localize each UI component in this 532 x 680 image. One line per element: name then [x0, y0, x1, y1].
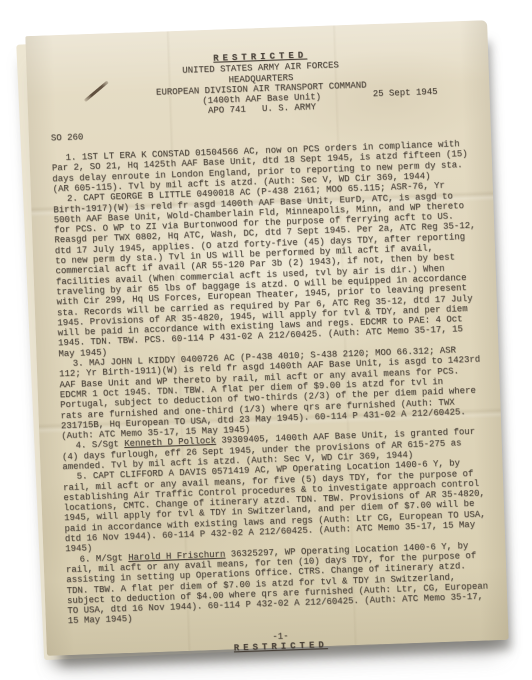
- order-paragraph: 5. CAPT CLIFFORD A DAVIS 0571419 AC, WP …: [63, 458, 490, 555]
- order-paragraph: 2. CAPT GEORGE B LITTLE 0490018 AC (P-43…: [53, 180, 482, 359]
- letterhead: RESTRICTED UNITED STATES ARMY AIR FORCES…: [48, 45, 474, 123]
- order-number: SO 260: [51, 118, 475, 143]
- order-paragraph: 6. M/Sgt Harold H Frischurn 36325297, WP…: [65, 540, 491, 627]
- document-photo: RESTRICTED UNITED STATES ARMY AIR FORCES…: [0, 0, 532, 680]
- order-paragraph: 3. MAJ JOHN L KIDDY 0400726 AC (P-438 40…: [59, 345, 486, 442]
- document-page: RESTRICTED UNITED STATES ARMY AIR FORCES…: [25, 20, 508, 656]
- page-footer: -1- RESTRICTED: [68, 624, 492, 659]
- typed-content: RESTRICTED UNITED STATES ARMY AIR FORCES…: [48, 45, 492, 645]
- classification-banner-bottom: RESTRICTED: [234, 640, 328, 654]
- order-body: 1. 1ST LT ERA K CONSTAD 01504566 AC, now…: [51, 139, 491, 627]
